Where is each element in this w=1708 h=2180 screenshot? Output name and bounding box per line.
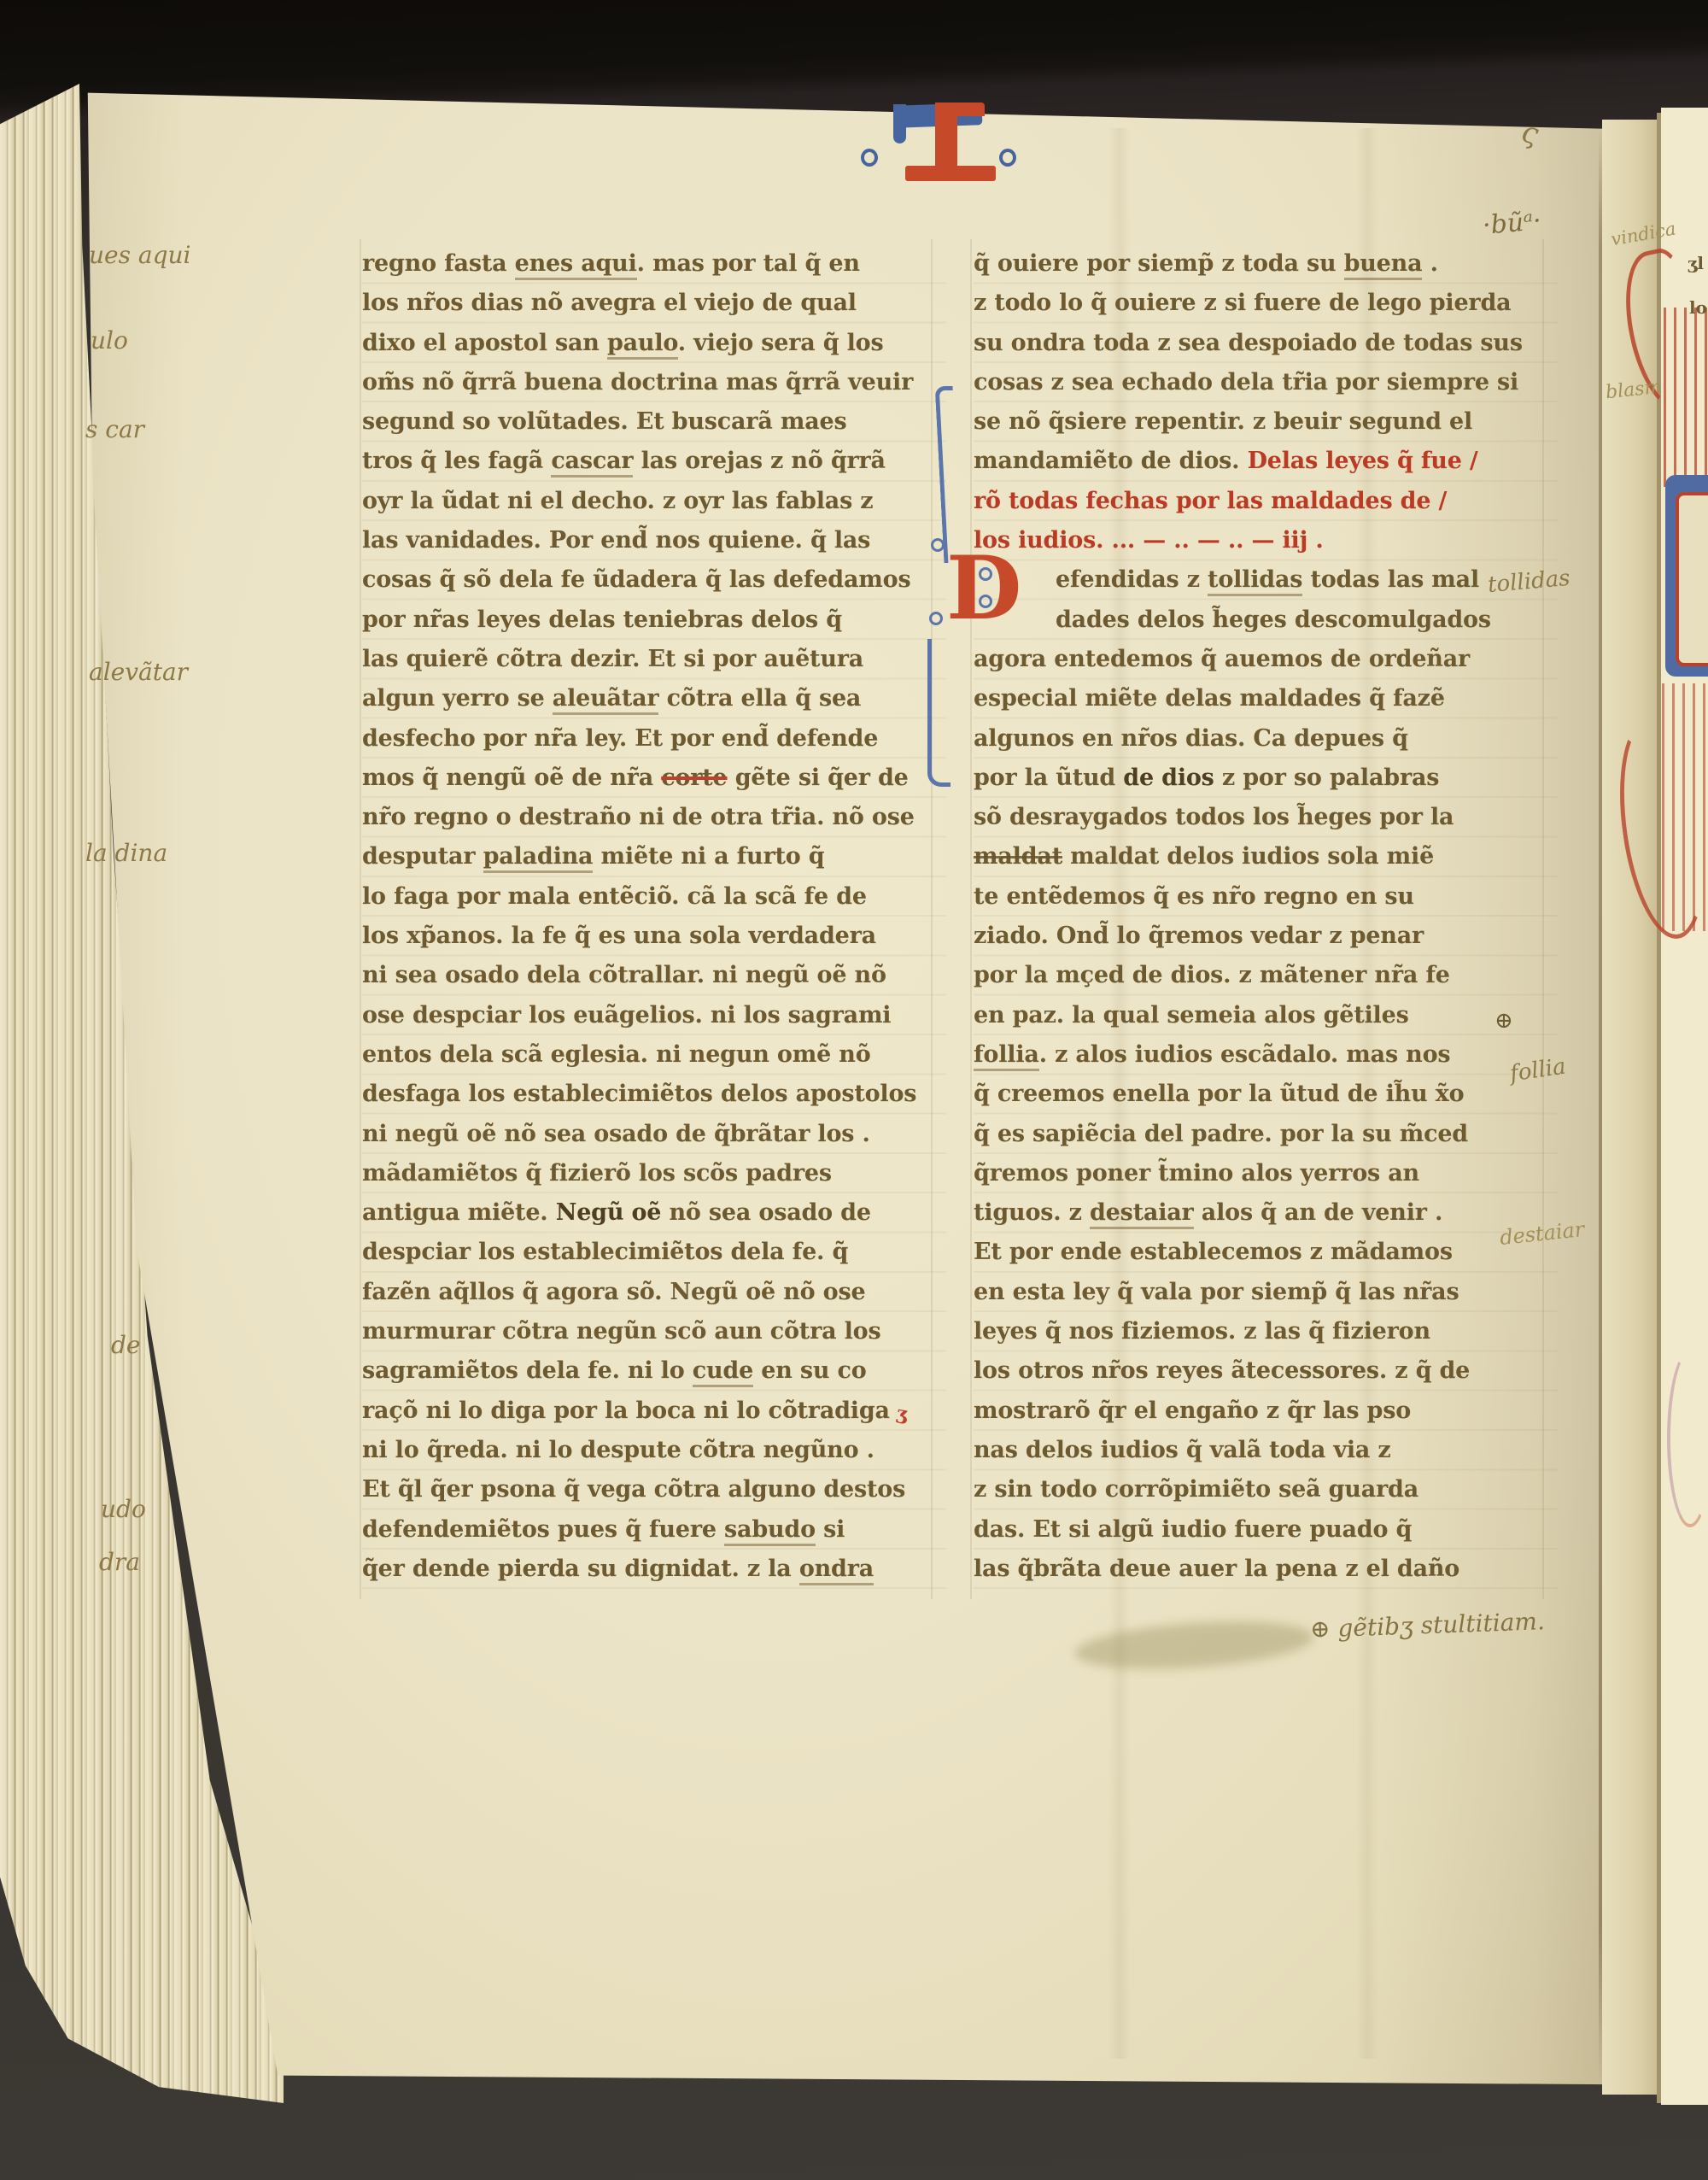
text-line: tiguos. z destaiar alos q̃ an de venir . <box>974 1193 1558 1233</box>
text-line: nr̃o regno o destraño ni de otra tr̃ia. … <box>362 798 946 837</box>
body-text: nr̃o regno o destraño ni de otra tr̃ia. … <box>362 804 915 830</box>
body-text: en paz. la qual semeia alos gẽtiles <box>974 1002 1409 1028</box>
body-text: efendidas z <box>1056 566 1208 593</box>
body-text: ose despciar los euãgelios. ni los sagra… <box>362 1002 891 1028</box>
body-text: Negũ oẽ <box>556 1199 662 1226</box>
body-text: dixo el apostol san <box>362 330 607 356</box>
text-line: oyr la ũdat ni el decho. z oyr las fabla… <box>362 482 946 521</box>
text-line: cosas z sea echado dela tr̃ia por siempr… <box>974 363 1558 402</box>
text-line: Et por ende establecemos z mãdamos <box>974 1233 1558 1272</box>
body-text: paulo <box>607 330 678 360</box>
body-text: cosas q̃ sõ dela fe ũdadera q̃ las defed… <box>362 566 910 593</box>
text-line: sagramiẽtos dela fe. ni lo cude en su co <box>362 1351 946 1391</box>
text-line: ni lo q̃reda. ni lo despute cõtra negũno… <box>362 1431 946 1470</box>
body-text: cõtra ella q̃ sea <box>658 685 861 712</box>
text-line: algun yerro se aleuãtar cõtra ella q̃ se… <box>362 679 946 718</box>
body-text: algun yerro se <box>362 685 553 712</box>
text-line: defendemiẽtos pues q̃ fuere sabudo si <box>362 1510 946 1550</box>
text-line: q̃ es sapiẽcia del padre. por la su m̃ce… <box>974 1115 1558 1154</box>
body-text: por nr̃as leyes delas teniebras delos q̃ <box>362 607 842 633</box>
body-text: te entẽdemos q̃ es nr̃o regno en su <box>974 883 1414 910</box>
text-line: q̃ creemos enella por la ũtud de ih̃u x̃… <box>974 1075 1558 1114</box>
drop-cap-initial-d: D <box>946 545 1021 632</box>
text-line: maldat maldat delos iudios sola miẽ <box>974 837 1558 876</box>
text-line: dades delos h̃eges descomulgados <box>974 601 1558 640</box>
text-line: su ondra toda z sea despoiado de todas s… <box>974 324 1558 363</box>
body-text: nas delos iudios q̃ valã toda via z <box>974 1437 1391 1463</box>
body-text: agora entedemos q̃ auemos de ordeñar <box>974 646 1470 672</box>
body-text: mandamiẽto de dios. <box>974 448 1248 474</box>
text-line: ose despciar los euãgelios. ni los sagra… <box>362 996 946 1035</box>
body-text: . z alos iudios escãdalo. mas nos <box>1039 1041 1451 1068</box>
text-line: las quierẽ cõtra dezir. Et si por auẽtur… <box>362 640 946 679</box>
body-text: paladina <box>483 843 594 873</box>
text-line: antigua miẽte. Negũ oẽ nõ sea osado de <box>362 1193 946 1233</box>
text-line: mos q̃ nengũ oẽ de nr̃a corte gẽte si q̃… <box>362 759 946 798</box>
folio-mark: ·bũᵃ· <box>1482 206 1543 241</box>
rubric-text: Delas leyes q̃ fue / <box>1248 448 1478 474</box>
body-text: q̃er dende pierda su dignidat. z la <box>362 1556 799 1582</box>
text-line: mostrarõ q̃r el engaño z q̃r las pso <box>974 1392 1558 1431</box>
body-text: oyr la ũdat ni el decho. z oyr las fabla… <box>362 488 873 514</box>
text-line: efendidas z tollidas todas las mal <box>974 560 1558 600</box>
text-line: follia. z alos iudios escãdalo. mas nos <box>974 1035 1558 1075</box>
body-text: das. Et si algũ iudio fuere puado q̃ <box>974 1516 1412 1543</box>
text-line: los nr̃os dias nõ avegra el viejo de qua… <box>362 284 946 323</box>
text-line: raçõ ni lo diga por la boca ni lo cõtrad… <box>362 1392 946 1431</box>
body-text: leyes q̃ nos fiziemos. z las q̃ fizieron <box>974 1318 1430 1345</box>
rubric-text: rõ todas fechas por las maldades de / <box>974 488 1447 514</box>
margin-note-left: ues aqui <box>89 241 190 269</box>
body-text: . mas por tal q̃ en <box>637 250 860 277</box>
text-line: q̃remos poner t̃mino alos yerros an <box>974 1154 1558 1193</box>
body-text: alos q̃ an de venir . <box>1194 1199 1443 1226</box>
text-line: regno fasta enes aqui. mas por tal q̃ en <box>362 244 946 284</box>
margin-note-left: de <box>111 1331 141 1359</box>
margin-note-left: ulo <box>91 326 128 355</box>
text-line: q̃er dende pierda su dignidat. z la ondr… <box>362 1550 946 1589</box>
text-line: entos dela scã eglesia. ni negun omẽ nõ <box>362 1035 946 1075</box>
body-text: se nõ q̃siere repentir. z beuir segund e… <box>974 408 1472 435</box>
body-text: murmurar cõtra negũn scõ aun cõtra los <box>362 1318 880 1345</box>
body-text: ni lo q̃reda. ni lo despute cõtra negũno… <box>362 1437 874 1463</box>
filigree-curl <box>929 612 943 625</box>
text-line: sõ desraygados todos los h̃eges por la <box>974 798 1558 837</box>
text-line: los iudios. ... — .. — .. — iij . <box>974 521 1558 560</box>
body-text: las q̃brãta deue auer la pena z el daño <box>974 1556 1459 1582</box>
next-folio-initial-core <box>1676 492 1708 666</box>
body-text: desfaga los establecimiẽtos delos aposto… <box>362 1081 916 1107</box>
pen-flourish-descender <box>927 639 951 787</box>
margin-note-left: s car <box>85 415 144 443</box>
blue-ring-icon <box>861 149 878 167</box>
text-line: murmurar cõtra negũn scõ aun cõtra los <box>362 1312 946 1351</box>
body-text: tollidas <box>1208 566 1302 596</box>
body-text: enes aqui <box>515 250 637 280</box>
body-text: las vanidades. Por end̃ nos quiene. q̃ l… <box>362 527 870 554</box>
text-line: das. Et si algũ iudio fuere puado q̃ <box>974 1510 1558 1550</box>
text-line: Et q̃l q̃er psona q̃ vega cõtra alguno d… <box>362 1470 946 1509</box>
page-curved-edge <box>1602 120 1658 2095</box>
body-text: cosas z sea echado dela tr̃ia por siempr… <box>974 369 1518 396</box>
body-text: buena <box>1344 250 1423 280</box>
margin-note-left: udo <box>101 1495 146 1523</box>
margin-note-left: la dina <box>85 839 167 867</box>
body-text: las orejas z nõ q̃rrã <box>633 448 885 474</box>
body-text: tros q̃ les fagã <box>362 448 551 474</box>
body-text: tiguos. z <box>974 1199 1090 1226</box>
text-line: lo faga por mala entẽciõ. cã la scã fe d… <box>362 877 946 917</box>
text-line: tros q̃ les fagã cascar las orejas z nõ … <box>362 442 946 481</box>
text-line: especial miẽte delas maldades q̃ fazẽ <box>974 679 1558 718</box>
text-line: ni negũ oẽ nõ sea osado de q̃brãtar los … <box>362 1115 946 1154</box>
body-text: dades delos h̃eges descomulgados <box>1056 607 1491 633</box>
body-text: om̃s nõ q̃rrã buena doctrina mas q̃rrã v… <box>362 369 913 396</box>
body-text: las quierẽ cõtra dezir. Et si por auẽtur… <box>362 646 863 672</box>
body-text: q̃ ouiere por siemp̃ z toda su <box>974 250 1344 277</box>
text-line: q̃ ouiere por siemp̃ z toda su buena . <box>974 244 1558 284</box>
body-text: . <box>1422 250 1437 277</box>
body-text: regno fasta <box>362 250 515 277</box>
body-text: en esta ley q̃ vala por siemp̃ q̃ las nr… <box>974 1279 1459 1305</box>
ornament-red-flag <box>935 103 985 116</box>
margin-note-left: dra <box>99 1548 140 1576</box>
body-text: por la ũtud <box>974 765 1123 791</box>
body-text: mos q̃ nengũ oẽ de nr̃a <box>362 765 661 791</box>
body-text: z por so palabras <box>1214 765 1440 791</box>
body-text: de dios <box>1123 765 1214 791</box>
body-text: q̃remos poner t̃mino alos yerros an <box>974 1160 1419 1187</box>
text-line: om̃s nõ q̃rrã buena doctrina mas q̃rrã v… <box>362 363 946 402</box>
ruling-line <box>970 239 972 1599</box>
body-text: si <box>816 1516 845 1543</box>
text-line: por la ũtud de dios z por so palabras <box>974 759 1558 798</box>
text-line: dixo el apostol san paulo. viejo sera q̃… <box>362 324 946 363</box>
body-text: cude <box>693 1357 753 1387</box>
body-text: mãdamiẽtos q̃ fizierõ los scõs padres <box>362 1160 832 1187</box>
body-text: raçõ ni lo diga por la boca ni lo cõtrad… <box>362 1398 890 1424</box>
body-text: ziado. Ond̃ lo q̃remos vedar z penar <box>974 923 1424 949</box>
body-text: follia <box>974 1041 1039 1071</box>
next-folio-lower-fragment <box>1667 1350 1708 1527</box>
body-text: entos dela scã eglesia. ni negun omẽ nõ <box>362 1041 871 1068</box>
text-line: te entẽdemos q̃ es nr̃o regno en su <box>974 877 1558 917</box>
body-text: despciar los establecimiẽtos dela fe. q̃ <box>362 1239 848 1265</box>
text-line: ziado. Ond̃ lo q̃remos vedar z penar <box>974 917 1558 956</box>
text-line: desfecho por nr̃a ley. Et por end̃ defen… <box>362 719 946 759</box>
body-text: corte <box>661 765 727 791</box>
text-line: por nr̃as leyes delas teniebras delos q̃ <box>362 601 946 640</box>
body-text: fazẽn aq̃llos q̃ agora sõ. Negũ oẽ nõ os… <box>362 1279 865 1305</box>
body-text: los nr̃os dias nõ avegra el viejo de qua… <box>362 290 857 316</box>
body-text: nõ sea osado de <box>661 1199 871 1226</box>
next-folio-penwork <box>1664 308 1708 487</box>
text-line: mãdamiẽtos q̃ fizierõ los scõs padres <box>362 1154 946 1193</box>
text-column-right: q̃ ouiere por siemp̃ z toda su buena .z … <box>974 244 1558 1589</box>
body-text: z sin todo corrõpimiẽto seã guarda <box>974 1476 1418 1503</box>
body-text: por la mçed de dios. z mãtener nr̃a fe <box>974 962 1450 988</box>
body-text: Et q̃l q̃er psona q̃ vega cõtra alguno d… <box>362 1476 905 1503</box>
body-text: su ondra toda z sea despoiado de todas s… <box>974 330 1523 356</box>
text-line: se nõ q̃siere repentir. z beuir segund e… <box>974 402 1558 442</box>
body-text: ni sea osado dela cõtrallar. ni negũ oẽ … <box>362 962 886 988</box>
body-text: q̃ es sapiẽcia del padre. por la su m̃ce… <box>974 1121 1468 1147</box>
body-text: sõ desraygados todos los h̃eges por la <box>974 804 1454 830</box>
body-text: ni negũ oẽ nõ sea osado de q̃brãtar los … <box>362 1121 870 1147</box>
body-text: segund so volũtades. Et buscarã maes <box>362 408 846 435</box>
text-line: rõ todas fechas por las maldades de / <box>974 482 1558 521</box>
ornament-red-foot <box>905 166 996 181</box>
filigree-curl <box>931 538 945 552</box>
body-text: defendemiẽtos pues q̃ fuere <box>362 1516 724 1543</box>
text-line: ni sea osado dela cõtrallar. ni negũ oẽ … <box>362 956 946 995</box>
text-line: en paz. la qual semeia alos gẽtiles <box>974 996 1558 1035</box>
text-line: desfaga los establecimiẽtos delos aposto… <box>362 1075 946 1114</box>
margin-note-left: alevãtar <box>89 658 188 686</box>
text-line: segund so volũtades. Et buscarã maes <box>362 402 946 442</box>
body-text: . viejo sera q̃ los <box>678 330 884 356</box>
text-line: mandamiẽto de dios. Delas leyes q̃ fue / <box>974 442 1558 481</box>
next-folio-text-fragment: lo <box>1689 297 1707 318</box>
text-line: algunos en nr̃os dias. Ca depues q̃ <box>974 719 1558 759</box>
body-text: gẽte si q̃er de <box>728 765 909 791</box>
body-text: ondra <box>799 1556 874 1585</box>
text-line: z sin todo corrõpimiẽto seã guarda <box>974 1470 1558 1509</box>
body-text: los xp̃anos. la fe q̃ es una sola verdad… <box>362 923 876 949</box>
text-line: despciar los establecimiẽtos dela fe. q̃ <box>362 1233 946 1272</box>
body-text: mostrarõ q̃r el engaño z q̃r las pso <box>974 1398 1411 1424</box>
body-text: antigua miẽte. <box>362 1199 556 1226</box>
body-text: especial miẽte delas maldades q̃ fazẽ <box>974 685 1445 712</box>
quire-ornament-E <box>856 96 1022 185</box>
text-column-left: regno fasta enes aqui. mas por tal q̃ en… <box>362 244 946 1589</box>
body-text: destaiar <box>1090 1199 1194 1229</box>
text-line: cosas q̃ sõ dela fe ũdadera q̃ las defed… <box>362 560 946 600</box>
body-text: cascar <box>551 448 633 478</box>
text-line: leyes q̃ nos fiziemos. z las q̃ fizieron <box>974 1312 1558 1351</box>
text-line: por la mçed de dios. z mãtener nr̃a fe <box>974 956 1558 995</box>
manuscript-photo: ʒl lo ς ·bũᵃ· ues aqui ulo s car alevãta… <box>0 0 1708 2180</box>
body-text: los otros nr̃os reyes ãtecessores. z q̃ … <box>974 1357 1470 1384</box>
blue-ring-icon <box>999 149 1016 167</box>
body-text: q̃ creemos enella por la ũtud de ih̃u x̃… <box>974 1081 1464 1107</box>
text-line: los otros nr̃os reyes ãtecessores. z q̃ … <box>974 1351 1558 1391</box>
text-line: fazẽn aq̃llos q̃ agora sõ. Negũ oẽ nõ os… <box>362 1273 946 1312</box>
body-text: sagramiẽtos dela fe. ni lo <box>362 1357 693 1384</box>
text-line: las q̃brãta deue auer la pena z el daño <box>974 1550 1558 1589</box>
body-text: algunos en nr̃os dias. Ca depues q̃ <box>974 725 1408 752</box>
body-text: lo faga por mala entẽciõ. cã la scã fe d… <box>362 883 867 910</box>
body-text: todas las mal <box>1302 566 1479 593</box>
body-text: Et por ende establecemos z mãdamos <box>974 1239 1453 1265</box>
text-line: z todo lo q̃ ouiere z si fuere de lego p… <box>974 284 1558 323</box>
body-text: z todo lo q̃ ouiere z si fuere de lego p… <box>974 290 1511 316</box>
text-line: agora entedemos q̃ auemos de ordeñar <box>974 640 1558 679</box>
body-text: sabudo <box>724 1516 816 1546</box>
body-text: desputar <box>362 843 483 870</box>
text-line: desputar paladina miẽte ni a furto q̃ <box>362 837 946 876</box>
text-line: nas delos iudios q̃ valã toda via z <box>974 1431 1558 1470</box>
text-line: las vanidades. Por end̃ nos quiene. q̃ l… <box>362 521 946 560</box>
body-text: aleuãtar <box>553 685 659 715</box>
body-text: maldat <box>974 843 1062 870</box>
body-text: desfecho por nr̃a ley. Et por end̃ defen… <box>362 725 878 752</box>
rubric-text: los iudios. ... — .. — .. — iij . <box>974 527 1324 554</box>
next-folio-text-fragment: ʒl <box>1688 253 1704 273</box>
text-line: los xp̃anos. la fe q̃ es una sola verdad… <box>362 917 946 956</box>
body-text: en su co <box>753 1357 867 1384</box>
text-line: en esta ley q̃ vala por siemp̃ q̃ las nr… <box>974 1273 1558 1312</box>
body-text: miẽte ni a furto q̃ <box>593 843 824 870</box>
body-text: maldat delos iudios sola miẽ <box>1062 843 1434 870</box>
ruling-line <box>360 239 361 1599</box>
